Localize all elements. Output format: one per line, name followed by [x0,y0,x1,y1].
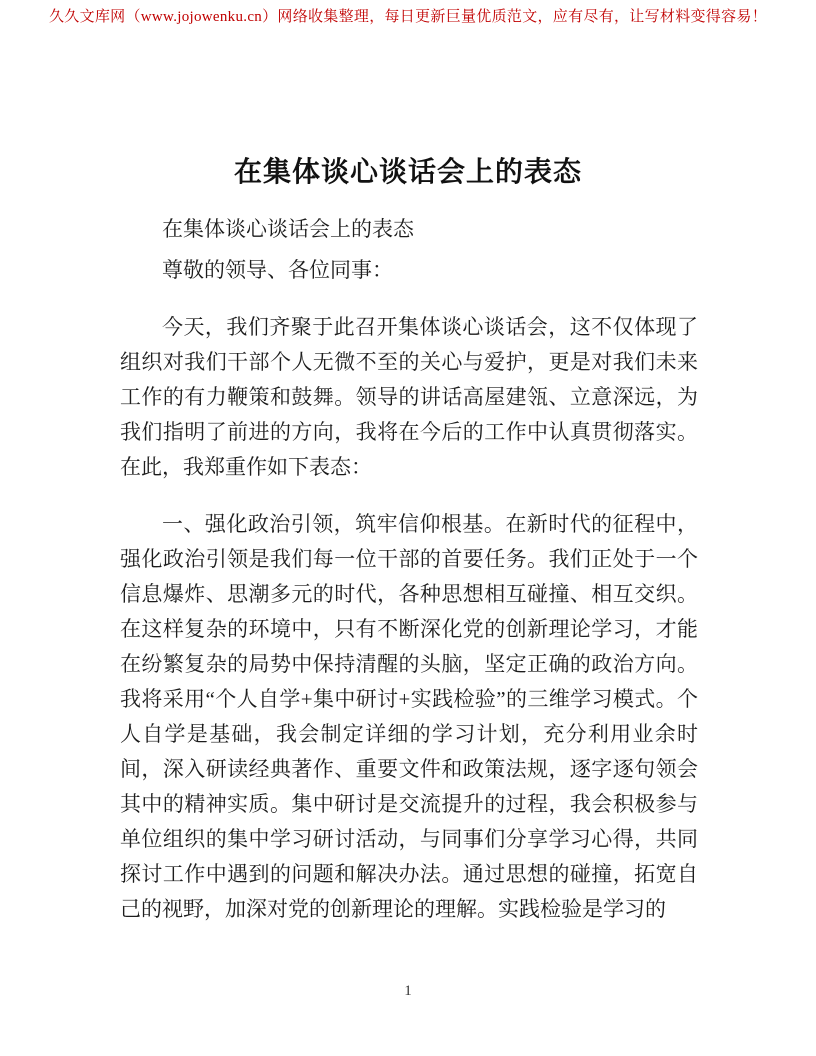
page-title: 在集体谈心谈话会上的表态 [0,150,816,190]
paragraph-point-one: 一、强化政治引领，筑牢信仰根基。在新时代的征程中，强化政治引领是我们每一位干部的… [120,507,698,927]
watermark-banner: 久久文库网（www.jojowenku.cn）网络收集整理，每日更新巨量优质范文… [0,0,816,26]
document-page: 久久文库网（www.jojowenku.cn）网络收集整理，每日更新巨量优质范文… [0,0,816,1056]
paragraph-opening: 今天，我们齐聚于此召开集体谈心谈话会，这不仅体现了组织对我们干部个人无微不至的关… [120,310,698,485]
document-body: 在集体谈心谈话会上的表态 尊敬的领导、各位同事： 今天，我们齐聚于此召开集体谈心… [120,212,698,927]
page-number: 1 [0,983,816,1000]
salutation-line: 尊敬的领导、各位同事： [120,253,698,288]
repeated-title-line: 在集体谈心谈话会上的表态 [120,212,698,247]
